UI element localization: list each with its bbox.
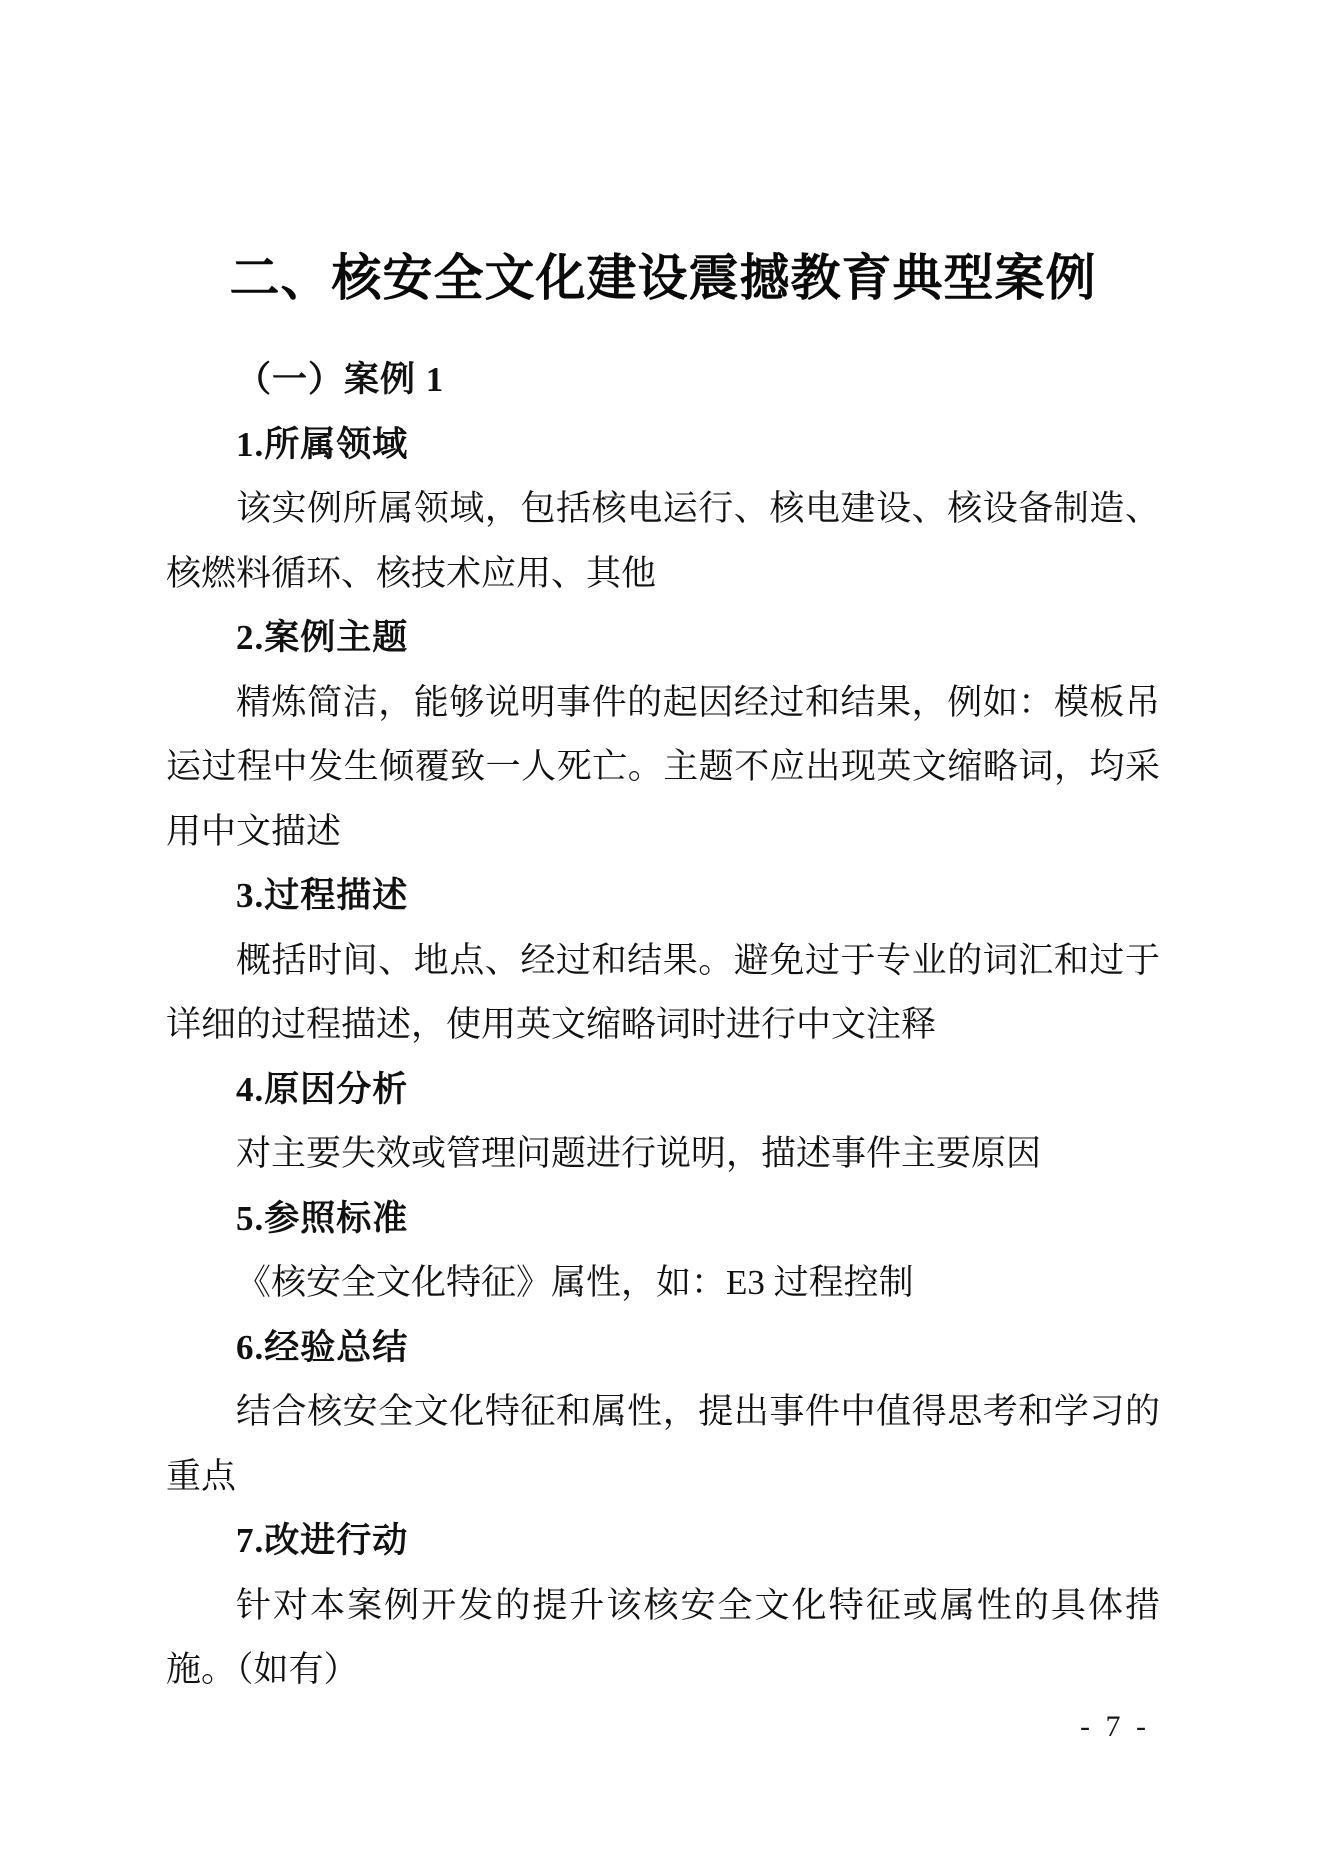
- case-subtitle: （一）案例 1: [166, 348, 1160, 413]
- section-heading-7: 7.改进行动: [166, 1509, 1160, 1574]
- section-body-3: 概括时间、地点、经过和结果。避免过于专业的词汇和过于详细的过程描述，使用英文缩略…: [166, 929, 1160, 1058]
- section-body-4: 对主要失效或管理问题进行说明，描述事件主要原因: [166, 1122, 1160, 1187]
- section-heading-2: 2.案例主题: [166, 606, 1160, 671]
- section-body-6: 结合核安全文化特征和属性，提出事件中值得思考和学习的重点: [166, 1380, 1160, 1509]
- section-body-1: 该实例所属领域，包括核电运行、核电建设、核设备制造、核燃料循环、核技术应用、其他: [166, 477, 1160, 606]
- section-body-7: 针对本案例开发的提升该核安全文化特征或属性的具体措施。（如有）: [166, 1574, 1160, 1703]
- document-body: （一）案例 1 1.所属领域 该实例所属领域，包括核电运行、核电建设、核设备制造…: [166, 348, 1160, 1703]
- section-heading-5: 5.参照标准: [166, 1187, 1160, 1252]
- section-heading-6: 6.经验总结: [166, 1316, 1160, 1381]
- document-title: 二、核安全文化建设震撼教育典型案例: [166, 238, 1160, 318]
- section-body-2: 精炼简洁，能够说明事件的起因经过和结果，例如：模板吊运过程中发生倾覆致一人死亡。…: [166, 671, 1160, 865]
- page-number: - 7 -: [1080, 1703, 1150, 1751]
- document-content: 二、核安全文化建设震撼教育典型案例 （一）案例 1 1.所属领域 该实例所属领域…: [166, 0, 1160, 1703]
- document-page: 二、核安全文化建设震撼教育典型案例 （一）案例 1 1.所属领域 该实例所属领域…: [0, 0, 1323, 1871]
- section-body-5: 《核安全文化特征》属性，如：E3 过程控制: [166, 1251, 1160, 1316]
- section-heading-4: 4.原因分析: [166, 1058, 1160, 1123]
- section-heading-1: 1.所属领域: [166, 413, 1160, 478]
- section-heading-3: 3.过程描述: [166, 864, 1160, 929]
